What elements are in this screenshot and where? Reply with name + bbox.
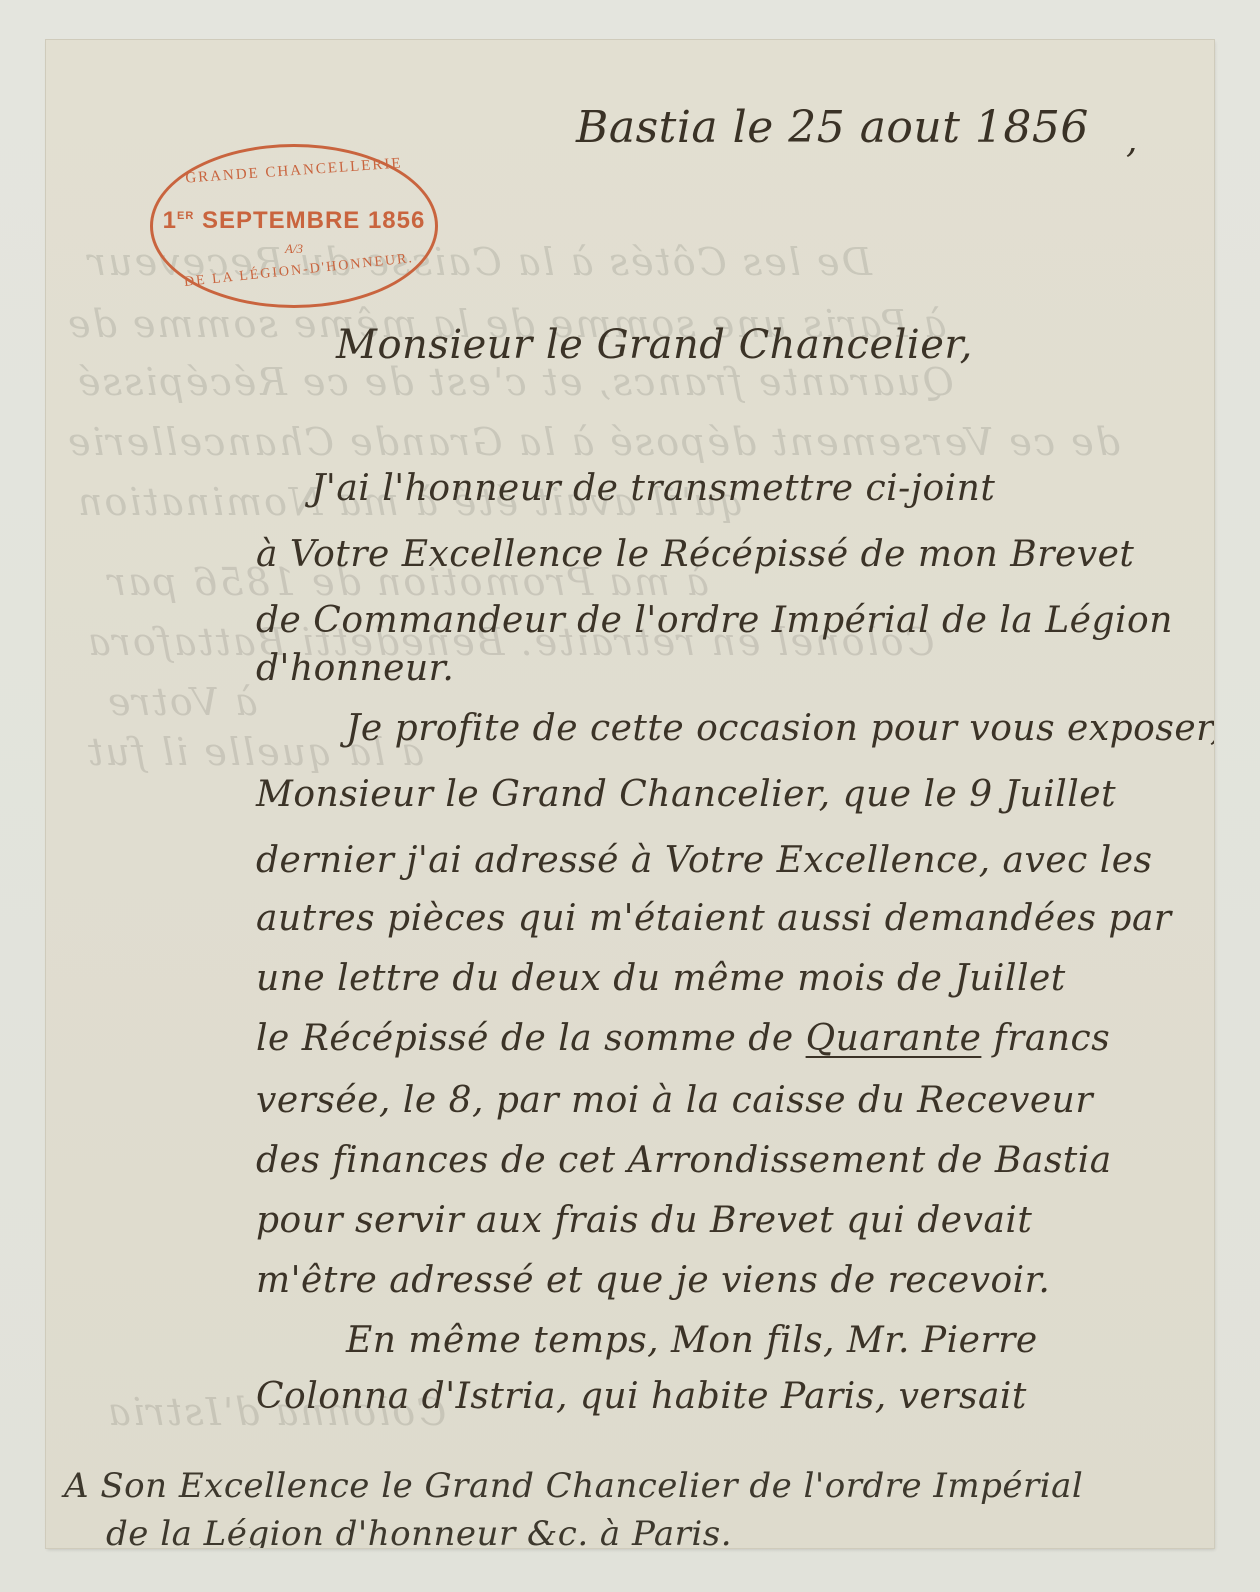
stamp-date: 1ER SEPTEMBRE 1856: [153, 207, 435, 235]
body-line: pour servir aux frais du Brevet qui deva…: [256, 1200, 1032, 1241]
stamp-top-text: GRANDE CHANCELLERIE: [153, 153, 435, 190]
letter-sheet: De les Côtés à la Caisse du Receveur à P…: [46, 40, 1214, 1548]
body-line: dernier j'ai adressé à Votre Excellence,…: [256, 840, 1153, 881]
body-line: le Récépissé de la somme de Quarante fra…: [256, 1018, 1110, 1059]
bleed-through-text: de ce Versement déposé à la Grande Chanc…: [66, 420, 1120, 464]
body-line: autres pièces qui m'étaient aussi demand…: [256, 898, 1172, 939]
letter-salutation: Monsieur le Grand Chancelier,: [336, 322, 973, 368]
body-line: J'ai l'honneur de transmettre ci-joint: [311, 468, 995, 509]
body-line: Je profite de cette occasion pour vous e…: [346, 708, 1214, 749]
letter-dateline: Bastia le 25 aout 1856: [576, 102, 1089, 153]
dateline-comma: ,: [1126, 120, 1138, 161]
bleed-through-text: à Votre: [106, 680, 258, 724]
body-line: à Votre Excellence le Récépissé de mon B…: [256, 534, 1134, 575]
body-line: d'honneur.: [256, 648, 454, 689]
body-line: versée, le 8, par moi à la caisse du Rec…: [256, 1080, 1093, 1121]
body-line: m'être adressé et que je viens de recevo…: [256, 1260, 1050, 1301]
addressee-place: Paris.: [632, 1514, 732, 1548]
underlined-amount: Quarante: [806, 1018, 982, 1059]
body-line: Colonna d'Istria, qui habite Paris, vers…: [256, 1376, 1027, 1417]
body-line: de Commandeur de l'ordre Impérial de la …: [256, 600, 1173, 641]
addressee-line-1: A Son Excellence le Grand Chancelier de …: [64, 1466, 1083, 1506]
body-line: En même temps, Mon fils, Mr. Pierre: [346, 1320, 1038, 1361]
body-line: des finances de cet Arrondissement de Ba…: [256, 1140, 1112, 1181]
body-line: Monsieur le Grand Chancelier, que le 9 J…: [256, 774, 1116, 815]
addressee-line-2: de la Légion d'honneur &c. à Paris.: [106, 1514, 732, 1548]
body-line: une lettre du deux du même mois de Juill…: [256, 958, 1066, 999]
grande-chancellerie-stamp: GRANDE CHANCELLERIE 1ER SEPTEMBRE 1856 A…: [150, 144, 438, 308]
